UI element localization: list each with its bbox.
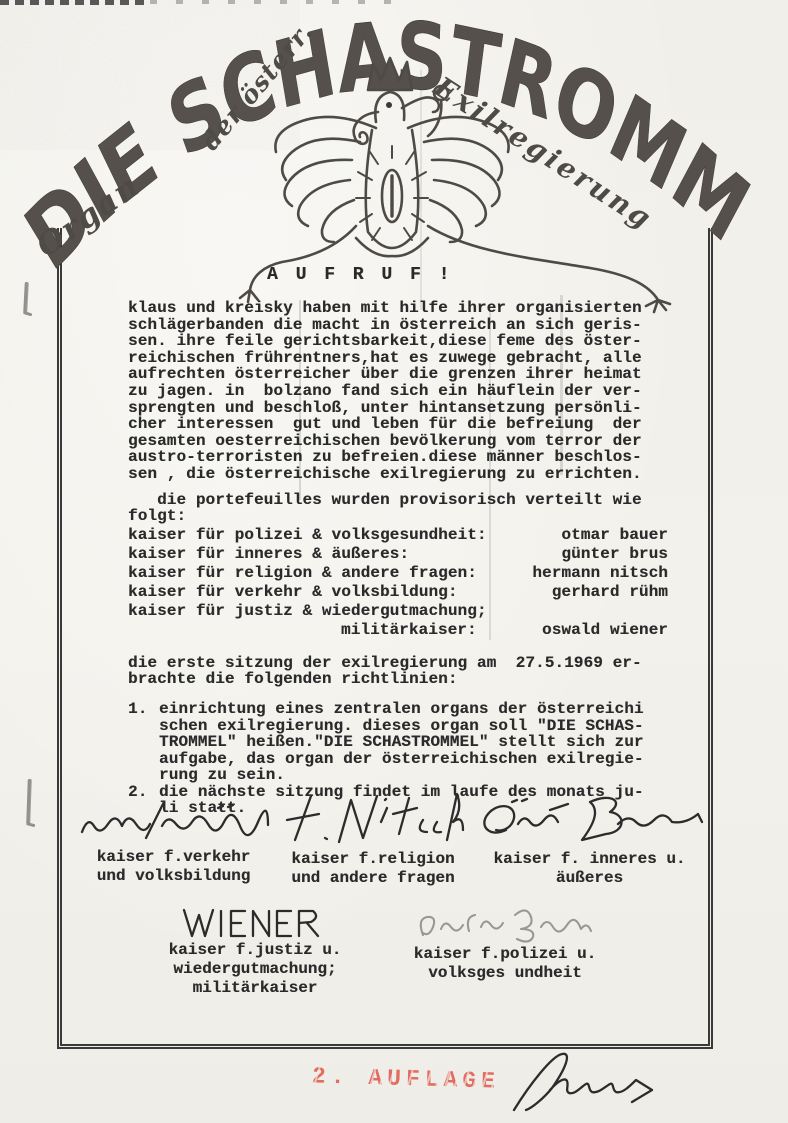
handwritten-paraph-signature-icon <box>502 1048 667 1114</box>
signature-block-nitsch: kaiser f.religion und andere fragen <box>278 788 468 888</box>
portfolio-name: hermann nitsch <box>532 564 668 583</box>
signature-h-nitsch-icon <box>281 788 466 850</box>
paragraph-2: die portefeuilles wurden provisorisch ve… <box>128 492 670 525</box>
portfolio-label: kaiser für verkehr & volksbildung: <box>128 583 458 602</box>
staple-icon <box>23 282 28 313</box>
body-text-column: klaus und kreisky haben mit hilfe ihrer … <box>128 300 670 817</box>
signature-caption: kaiser f. inneres u. äußeres <box>472 850 707 888</box>
signature-block-brus: kaiser f. inneres u. äußeres <box>472 792 707 888</box>
signature-wiener-icon <box>180 905 330 941</box>
guideline-number: 1. <box>128 701 159 784</box>
portfolio-name: gerhard rühm <box>552 583 668 602</box>
paragraph-1: klaus und kreisky haben mit hilfe ihrer … <box>128 300 670 483</box>
masthead-subtitle-right: Exilregierung <box>427 70 659 237</box>
portfolio-row: kaiser für religion & andere fragen: her… <box>128 564 668 583</box>
heading-aufruf: A U F R U F ! <box>267 265 453 285</box>
paper-grain-overlay <box>0 0 300 150</box>
portfolio-row: kaiser für inneres & äußeres: günter bru… <box>128 545 668 564</box>
edition-stamp: 2. AUFLAGE <box>312 1063 501 1094</box>
staple-icon <box>26 779 31 824</box>
portfolio-name: günter brus <box>561 545 668 564</box>
signature-guenter-brus-icon <box>472 792 707 850</box>
guideline-item: 1. einrichtung eines zentralen organs de… <box>128 701 670 784</box>
scan-artifact-top-dashes <box>0 0 150 5</box>
signature-caption: kaiser f.justiz u. wiedergutmachung; mil… <box>160 941 350 998</box>
portfolio-label: kaiser für inneres & äußeres: <box>128 545 409 564</box>
signature-otmar-bauer-icon <box>415 903 595 945</box>
portfolio-name: otmar bauer <box>561 526 668 545</box>
signature-caption: kaiser f.religion und andere fragen <box>278 850 468 888</box>
signature-gerhard-ruehm-icon <box>76 798 271 848</box>
scan-artifact-top-dashes-2 <box>150 0 410 4</box>
portfolio-list: kaiser für polizei & volksgesundheit: ot… <box>128 526 670 640</box>
guideline-text: einrichtung eines zentralen organs der ö… <box>159 701 644 784</box>
portfolio-row: kaiser für polizei & volksgesundheit: ot… <box>128 526 668 545</box>
portfolio-label: militärkaiser: <box>341 621 477 640</box>
portfolio-label: kaiser für justiz & wiedergutmachung; <box>128 602 487 621</box>
signature-block-ruehm: kaiser f.verkehr und volksbildung <box>76 798 271 886</box>
portfolio-row: kaiser für justiz & wiedergutmachung; <box>128 602 668 621</box>
scanned-document-page: DIE SCHASTROMMEL Organ der österr. Exilr… <box>0 0 788 1123</box>
portfolio-label: kaiser für religion & andere fragen: <box>128 564 477 583</box>
portfolio-row: militärkaiser: oswald wiener <box>128 621 668 640</box>
masthead-subtitle-mid: der österr. <box>195 17 318 156</box>
paragraph-3: die erste sitzung der exilregierung am 2… <box>128 655 670 688</box>
signature-block-wiener: kaiser f.justiz u. wiedergutmachung; mil… <box>160 905 350 998</box>
signature-caption: kaiser f.verkehr und volksbildung <box>76 848 271 886</box>
portfolio-row: kaiser für verkehr & volksbildung: gerha… <box>128 583 668 602</box>
signature-caption: kaiser f.polizei u. volksges undheit <box>400 945 610 983</box>
portfolio-label: kaiser für polizei & volksgesundheit: <box>128 526 487 545</box>
signature-block-bauer: kaiser f.polizei u. volksges undheit <box>400 903 610 983</box>
portfolio-name: oswald wiener <box>542 621 668 640</box>
